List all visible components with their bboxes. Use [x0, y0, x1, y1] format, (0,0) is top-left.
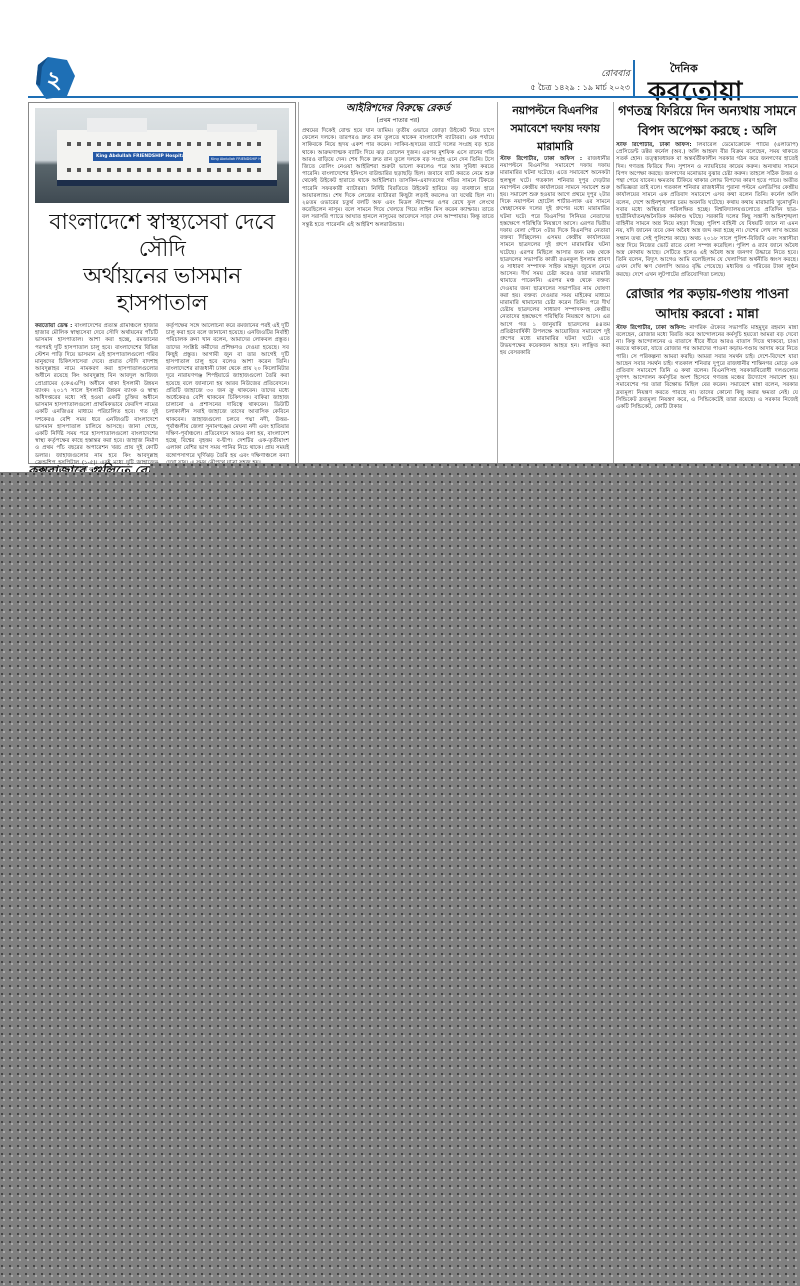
bnp-rally-headline: নয়াপল্টনে বিএনপির সমাবেশে দফায় দফায় ম… [500, 102, 610, 156]
page-number-badge: ২ [34, 56, 76, 100]
lead-headline: বাংলাদেশে স্বাস্থ্যসেবা দেবে সৌদি অর্থায… [35, 209, 289, 317]
ship-illustration: King Abdullah FRIENDSHIP Hospital - 1 Ki… [57, 130, 277, 186]
bnp-rally-body: রাজধানীর নয়াপল্টনে বিএনপির সমাবেশে দফায… [500, 156, 610, 356]
hospital-ship-photo: King Abdullah FRIENDSHIP Hospital - 1 Ki… [35, 108, 289, 203]
newspaper-logo: দৈনিক করতোয়া [648, 60, 798, 105]
cricket-body: প্রথমের দিকেই বোল্ড হয়ে যান তামিম। তৃতী… [302, 128, 494, 229]
ship-banner-2: King Abdullah FRIENDSHIP Hospital - 2 [209, 156, 261, 163]
byline: করতোয়া ডেস্ক : [35, 323, 72, 329]
lead-headline-line1: বাংলাদেশে স্বাস্থ্যসেবা দেবে সৌদি [35, 209, 289, 263]
lead-story-col2: কর্তৃপক্ষের সঙ্গে আলোচনা করে রমজানের পরই… [166, 323, 289, 474]
byline: স্টাফ রিপোর্টার, ঢাকা অফিস : [500, 156, 582, 162]
oli-headline: গণতন্ত্র ফিরিয়ে দিন অন্যথায় সামনে বিপদ… [616, 102, 798, 142]
date-block: রোববার ৫ চৈত্র ১৪২৯ : ১৯ মার্চ ২০২৩ [530, 68, 630, 94]
oli-story: গণতন্ত্র ফিরিয়ে দিন অন্যথায় সামনে বিপদ… [616, 102, 798, 279]
column-divider [497, 102, 498, 464]
byline: স্টাফ রিপোর্টার, ঢাকা অফিস: [616, 142, 692, 148]
bnp-rally-story: নয়াপল্টনে বিএনপির সমাবেশে দফায় দফায় ম… [500, 102, 610, 358]
day-of-week: রোববার [530, 68, 630, 81]
masthead-divider [633, 60, 635, 96]
lead-story-box: King Abdullah FRIENDSHIP Hospital - 1 Ki… [28, 102, 296, 464]
byline: স্টাফ রিপোর্টার, ঢাকা অফিস: [616, 325, 686, 331]
continuation-note: (প্রথম পাতার পর) [302, 115, 494, 126]
ship-banner: King Abdullah FRIENDSHIP Hospital - 1 [93, 152, 183, 161]
oli-body: লিবারেল ডেমোক্রেটিক পার্টির (এলডিপি) প্র… [616, 142, 798, 278]
issue-date: ৫ চৈত্র ১৪২৯ : ১৯ মার্চ ২০২৩ [530, 81, 630, 94]
column-divider [613, 102, 614, 464]
manna-story: রোজার পর কড়ায়-গণ্ডায় পাওনা আদায় করবো… [616, 285, 798, 411]
masthead-rule [28, 96, 798, 98]
manna-headline: রোজার পর কড়ায়-গণ্ডায় পাওনা আদায় করবো… [616, 285, 798, 325]
redacted-region [0, 472, 800, 1286]
lead-headline-line2: অর্থায়নের ভাসমান হাসপাতাল [35, 263, 289, 317]
masthead: ২ রোববার ৫ চৈত্র ১৪২৯ : ১৯ মার্চ ২০২৩ দৈ… [0, 0, 800, 98]
lead-story-body: করতোয়া ডেস্ক : বাংলাদেশের প্রত্যন্ত গ্র… [35, 323, 289, 474]
lead-story-col1: করতোয়া ডেস্ক : বাংলাদেশের প্রত্যন্ত গ্র… [35, 323, 158, 474]
cricket-story: আইরিশদের বিরুদ্ধে রেকর্ড (প্রথম পাতার পর… [302, 102, 494, 229]
cricket-headline: আইরিশদের বিরুদ্ধে রেকর্ড [302, 102, 494, 115]
right-column: গণতন্ত্র ফিরিয়ে দিন অন্যথায় সামনে বিপদ… [616, 102, 798, 411]
manna-body: নাগরিক ঐক্যের সভাপতি মাহমুদুর রহমান মান্… [616, 325, 798, 410]
column-divider [298, 102, 299, 464]
lead-col1-text: বাংলাদেশের প্রত্যন্ত গ্রামাঞ্চলে হাজার হ… [35, 323, 158, 473]
